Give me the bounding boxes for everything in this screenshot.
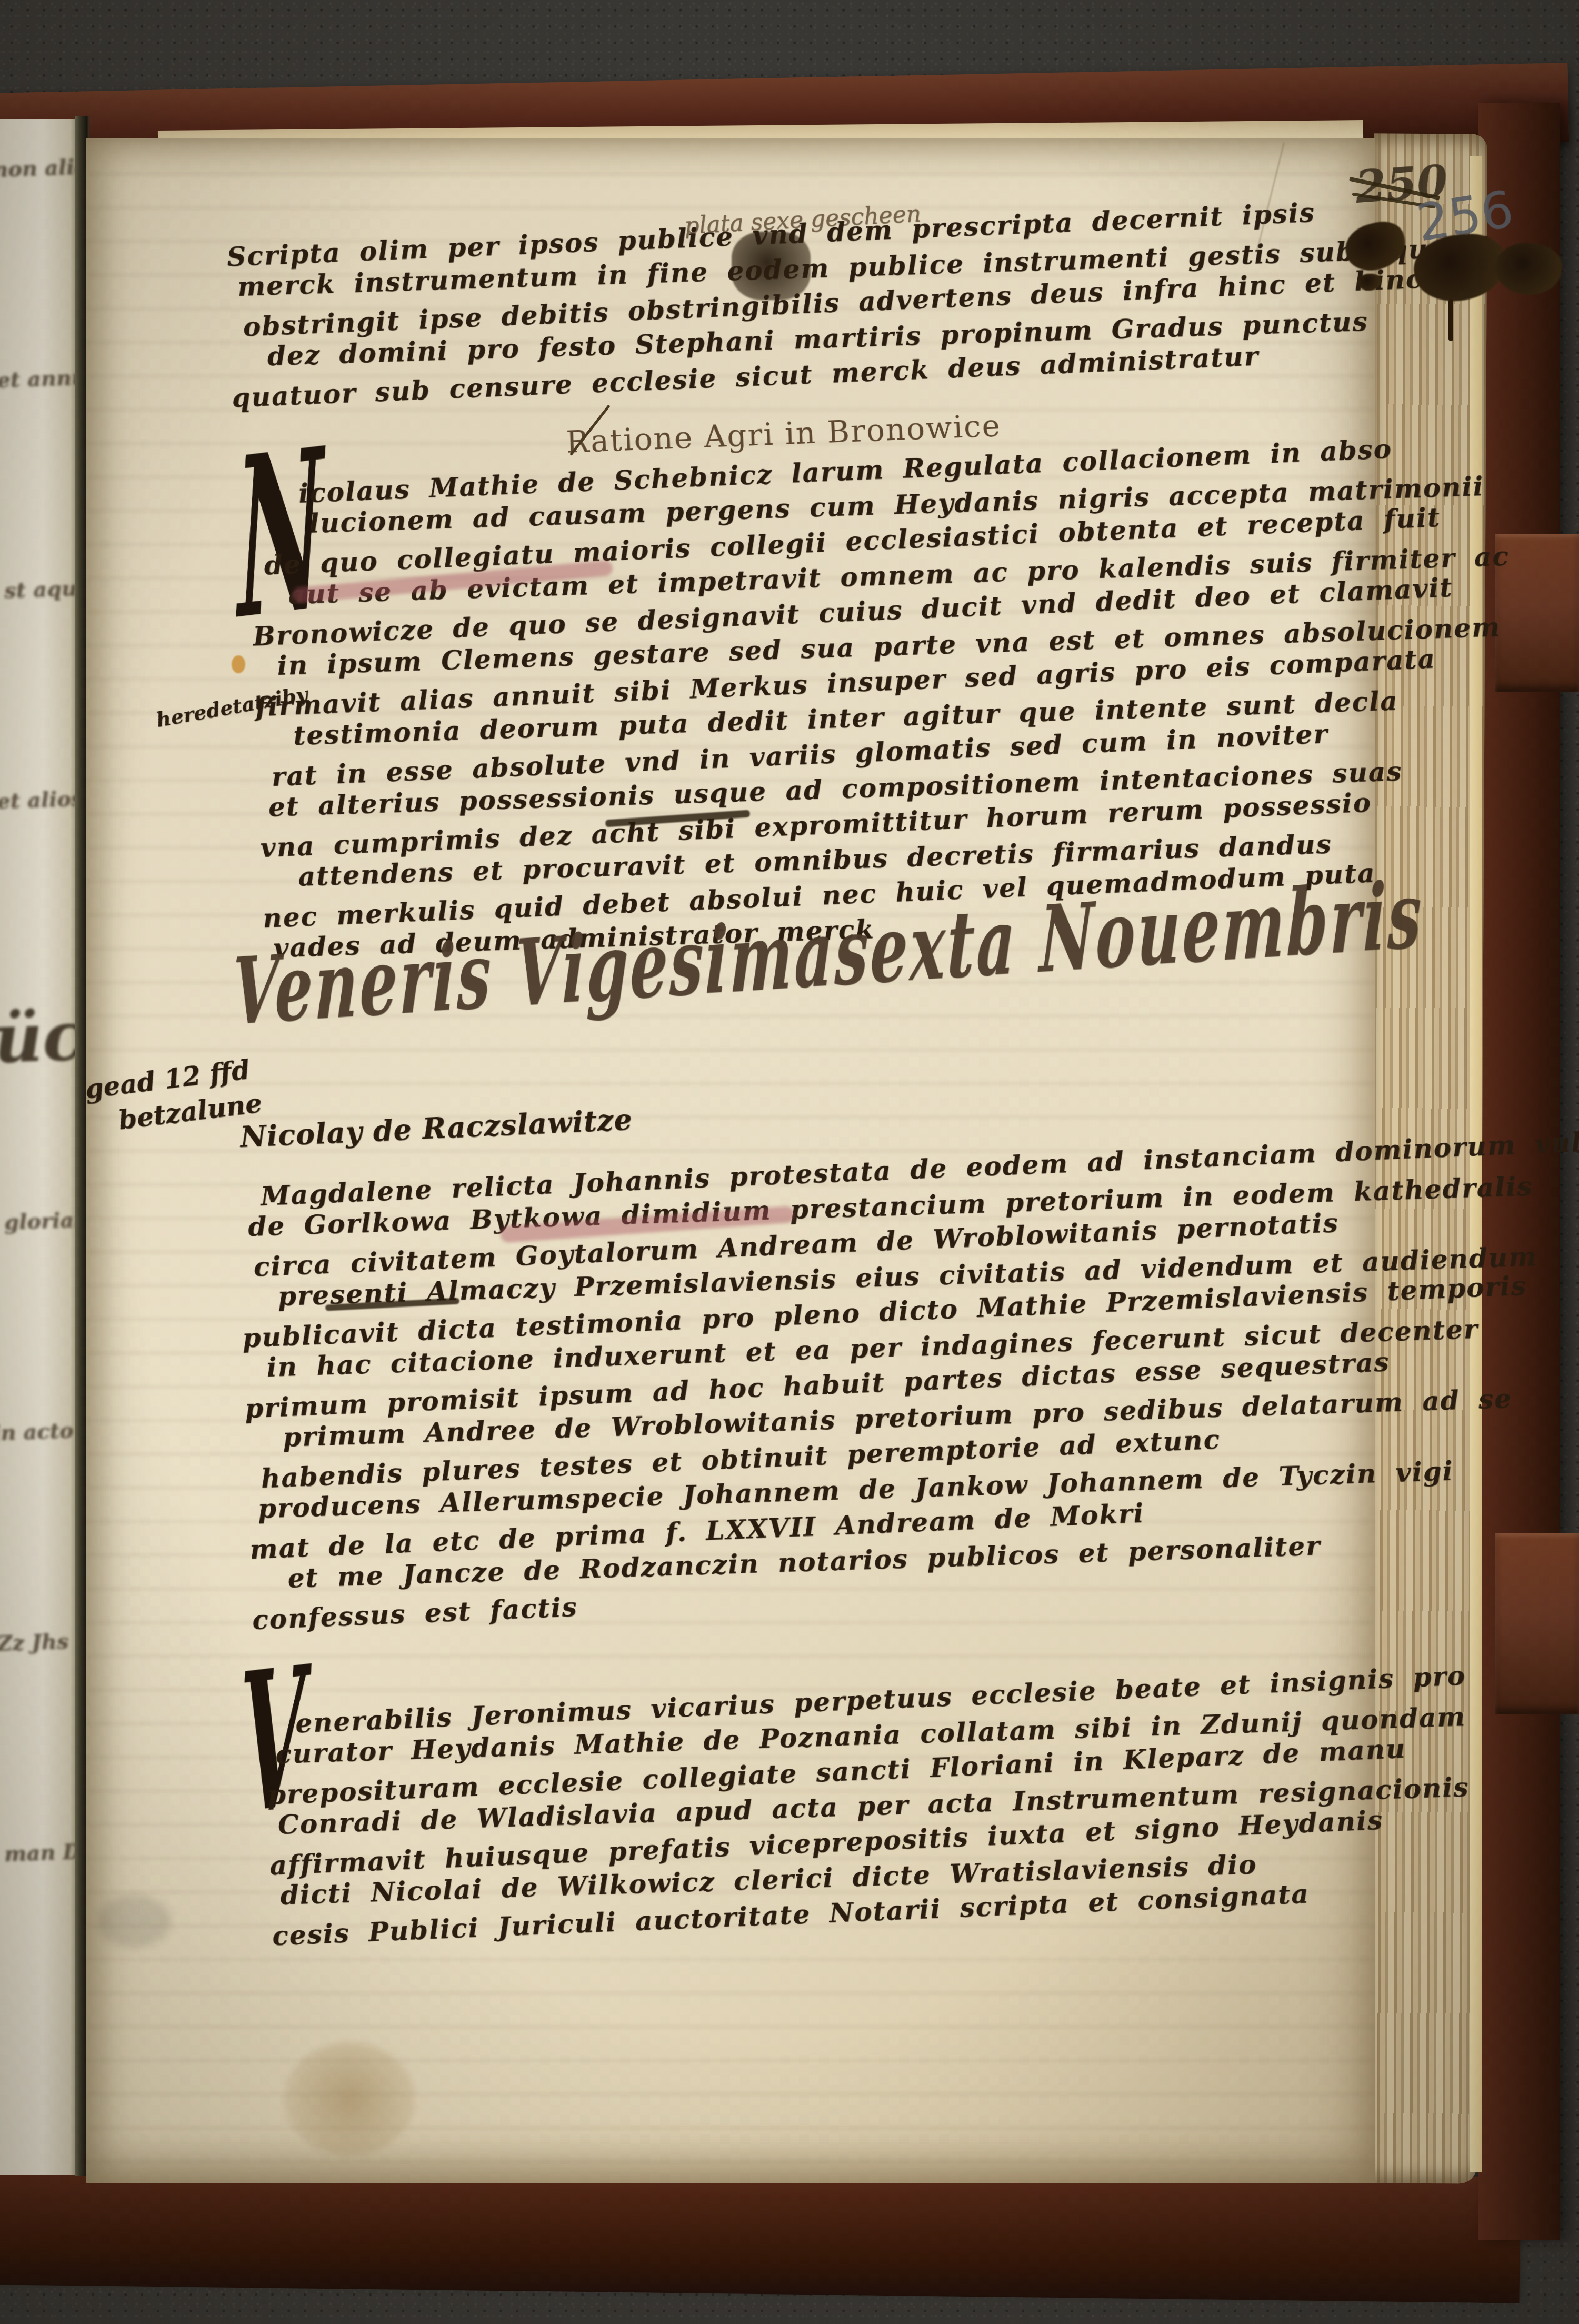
paper-smudge-left — [97, 1895, 171, 1948]
ink-drip — [1448, 299, 1453, 341]
margin-payment-note: gead 12 ffdbetzalune — [83, 1053, 265, 1146]
top-paragraph: Scripta olim per ipsos publice vnd dem p… — [226, 198, 1363, 414]
leather-strap-lower — [1495, 1533, 1579, 1714]
entry-subheading: Nicolay de Raczslawitze — [239, 1102, 633, 1154]
manuscript-page: plata sexe gescheen Scripta olim per ips… — [86, 138, 1375, 2183]
paper-speck — [232, 655, 245, 673]
underpage-edge — [1470, 156, 1482, 2172]
manuscript-photo: non aliaset annuatimst aquam etet alios … — [0, 0, 1579, 2324]
entry3-paragraph: enerabilis Jeronimus vicarius perpetuus … — [295, 1666, 1408, 1951]
facing-page-edge: non aliaset annuatimst aquam etet alios … — [0, 119, 78, 2175]
paper-stain-bottom — [284, 2042, 416, 2156]
entry2-paragraph: Magdalene relicta Johannis protestata de… — [237, 1138, 1394, 1636]
